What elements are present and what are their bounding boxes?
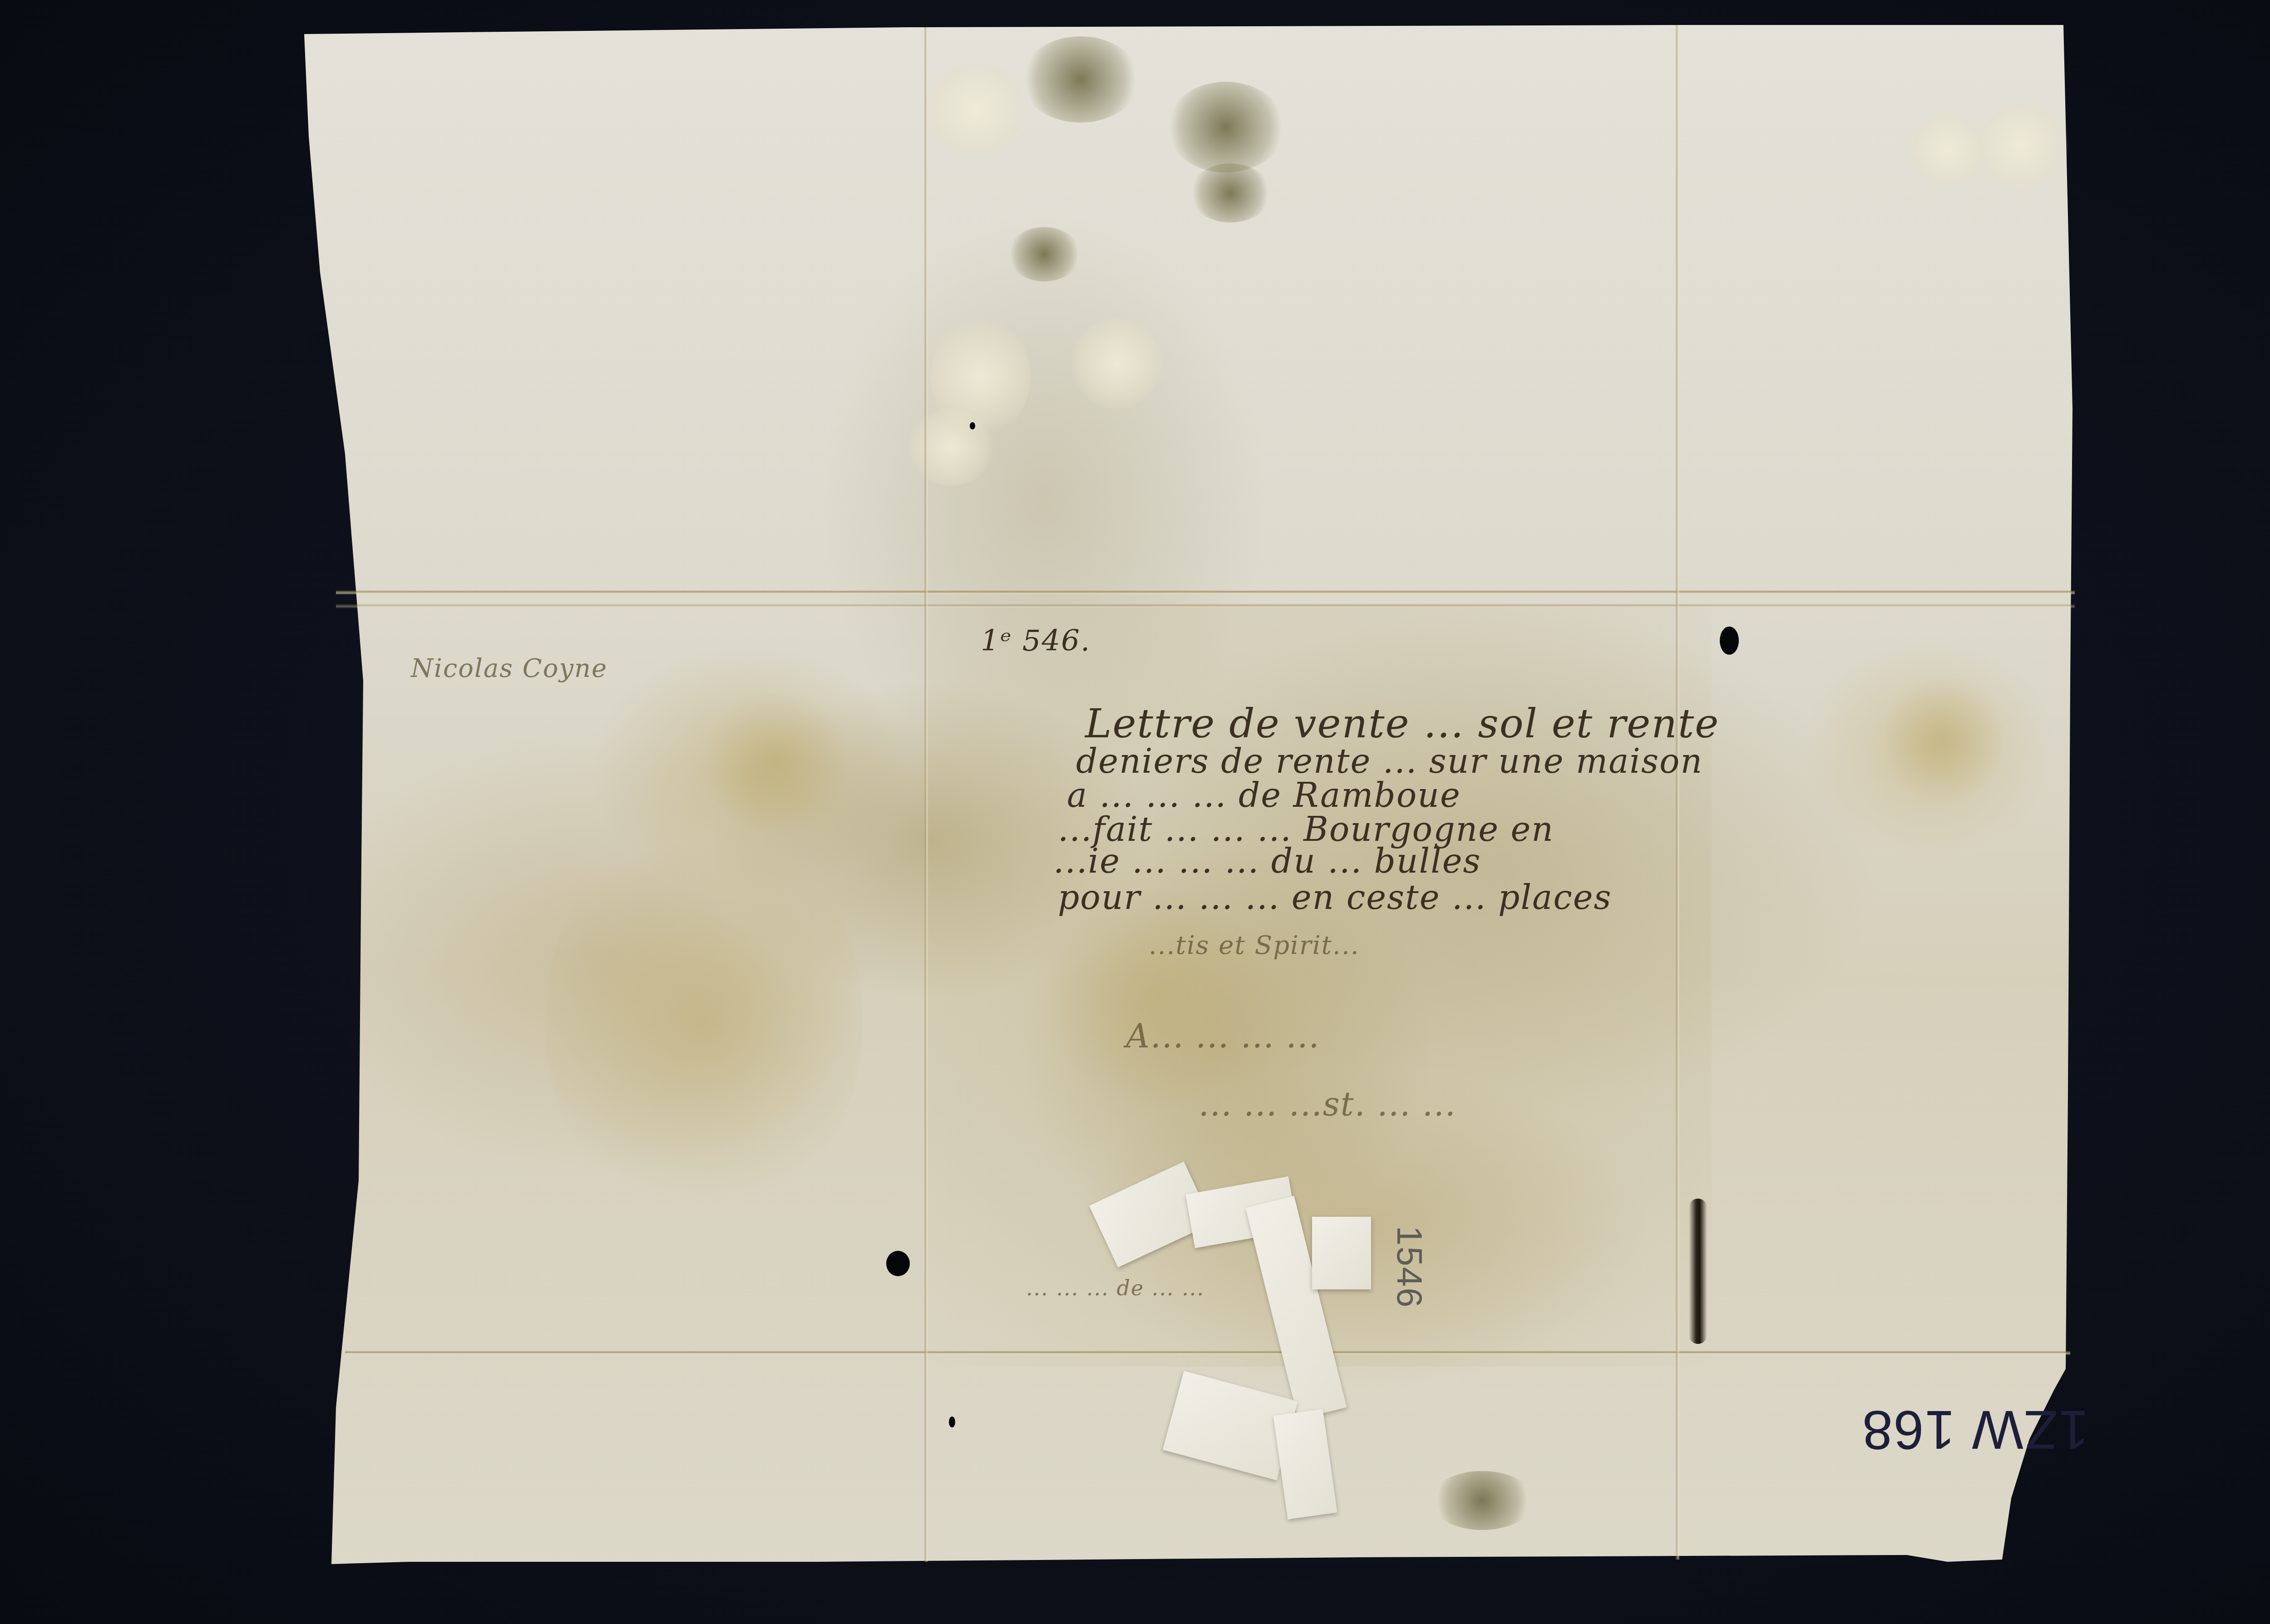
stain (1167, 82, 1285, 173)
lower-line: A... ... ... ... (1126, 1017, 1320, 1055)
fold-line (1675, 25, 1680, 1560)
hole (1720, 627, 1739, 655)
tear (1689, 1199, 1707, 1344)
shelfmark: 1ZW 168 (1861, 1398, 2089, 1461)
fold-line (336, 590, 2075, 595)
stain (545, 817, 863, 1226)
stain (1044, 885, 1271, 1112)
pencil-date: 1546 (1389, 1226, 1430, 1308)
lower-line: ... ... ...st. ... ... (1199, 1085, 1456, 1123)
stain (1189, 163, 1271, 222)
stain (1071, 318, 1162, 409)
hole (970, 422, 975, 429)
fold-line (924, 27, 928, 1562)
hole (949, 1417, 955, 1427)
bottom-line: ... ... ... de ... ... (1026, 1276, 1204, 1300)
stain (1907, 114, 1989, 186)
stain (1021, 36, 1140, 123)
fold-line (336, 604, 2075, 608)
stain (1884, 672, 2002, 808)
endorsement-line: pour ... ... ... en ceste ... places (1058, 881, 1612, 914)
endorsement-line: ...fait ... ... ... Bourgogne en (1058, 813, 1554, 846)
top-reference: 1ᵉ 546. (981, 624, 1091, 658)
faint-line: ...tis et Spirit... (1149, 931, 1360, 960)
fold-line (345, 1351, 2070, 1355)
endorsement-line: Lettre de vente ... sol et rente (1085, 704, 1719, 744)
stain (1008, 227, 1081, 281)
stain (704, 690, 849, 835)
endorsement-line: deniers de rente ... sur une maison (1076, 745, 1703, 778)
endorsement-line: ...ie ... ... ... du ... bulles (1053, 844, 1481, 878)
hole (886, 1251, 910, 1276)
stain (922, 64, 1031, 154)
stain (1430, 1471, 1535, 1530)
margin-name: Nicolas Coyne (411, 654, 607, 683)
stain (908, 409, 994, 486)
endorsement-line: a ... ... ... de Ramboue (1067, 779, 1461, 812)
